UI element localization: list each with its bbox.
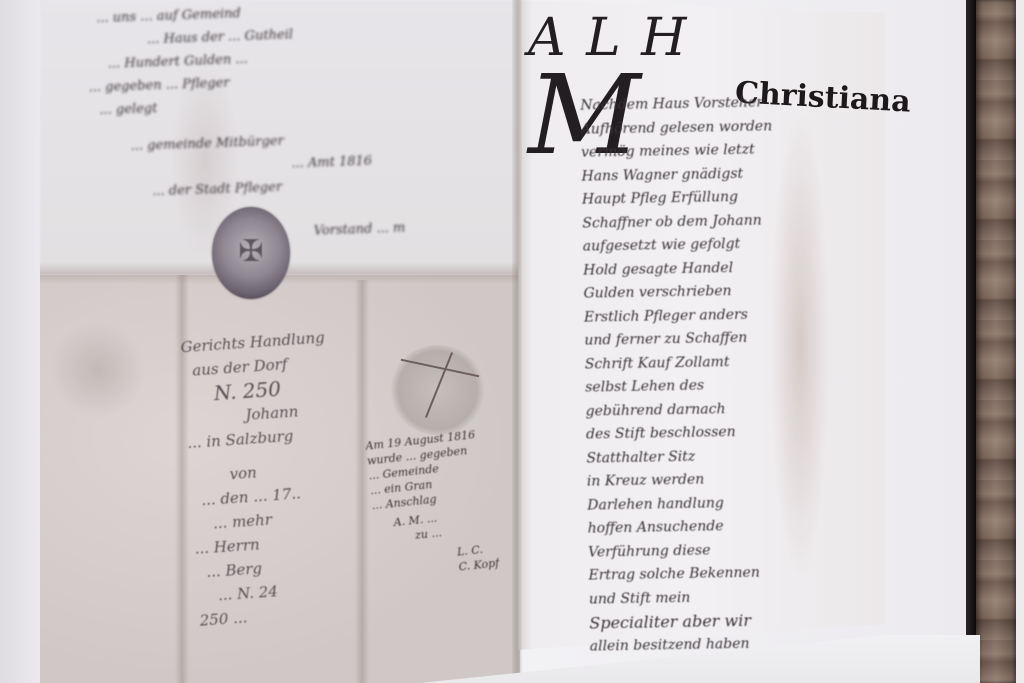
left-bottom-right-text: Am 19 August 1816 wurde ... gegeben ... … xyxy=(365,426,500,583)
eagle-ink-seal: ✠ xyxy=(212,207,290,299)
wax-seal xyxy=(390,345,485,435)
eagle-icon: ✠ xyxy=(234,233,268,271)
center-fold xyxy=(512,0,522,683)
frame-wood-molding xyxy=(976,0,1016,683)
frame-inner-edge xyxy=(966,0,976,683)
left-bottom-left-text: Gerichts Handlung aus der Dorf N. 250 Jo… xyxy=(180,325,345,632)
embossed-seal-mark xyxy=(50,320,145,420)
vertical-fold-middle xyxy=(355,280,369,683)
wall-right-strip xyxy=(1016,0,1024,683)
right-page-text: Nachdem Haus Vorsteher Aufhörend gelesen… xyxy=(580,89,890,658)
